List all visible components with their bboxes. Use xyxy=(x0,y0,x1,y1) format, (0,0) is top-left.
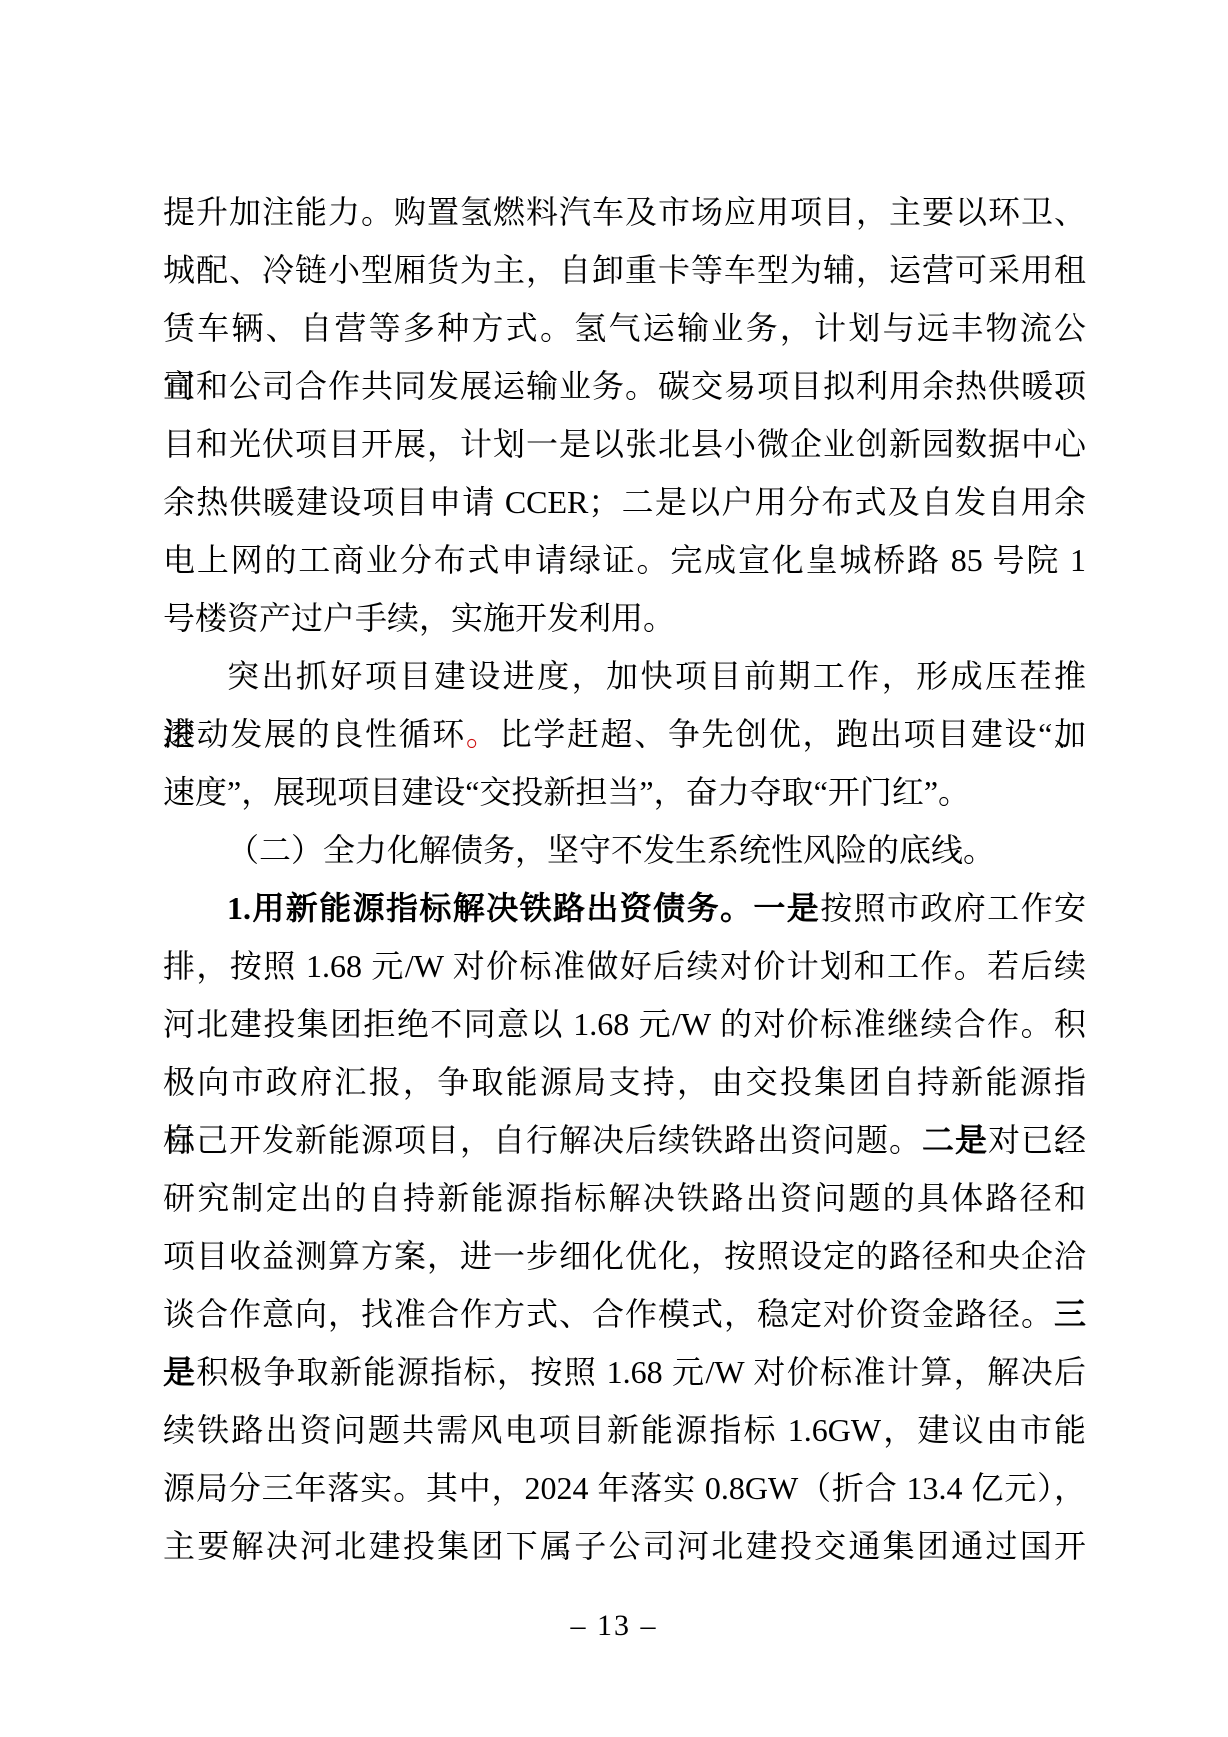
text-line: 1.用新能源指标解决铁路出资债务。一是按照市政府工作安 xyxy=(163,879,1086,937)
document-page: 提升加注能力。购置氢燃料汽车及市场应用项目，主要以环卫、城配、冷链小型厢货为主，… xyxy=(0,0,1228,1737)
text-run: 城配、冷链小型厢货为主，自卸重卡等车型为辅，运营可采用租 xyxy=(163,252,1086,288)
page-number: – 13 – xyxy=(0,1608,1228,1644)
text-line: 自己开发新能源项目，自行解决后续铁路出资问题。二是对已经 xyxy=(163,1111,1086,1169)
section-heading: （二）全力化解债务，坚守不发生系统性风险的底线。 xyxy=(163,821,1086,879)
text-run: 主要解决河北建投集团下属子公司河北建投交通集团通过国开 xyxy=(163,1528,1086,1564)
text-line: 赁车辆、自营等多种方式。氢气运输业务，计划与远丰物流公司、 xyxy=(163,299,1086,357)
text-run: 二是 xyxy=(922,1122,988,1158)
text-run: 排，按照 1.68 元/W 对价标准做好后续对价计划和工作。若后续 xyxy=(163,948,1086,984)
text-line: 续铁路出资问题共需风电项目新能源指标 1.6GW，建议由市能 xyxy=(163,1401,1086,1459)
text-line: 速度”，展现项目建设“交投新担当”，奋力夺取“开门红”。 xyxy=(163,763,1086,821)
text-run: 1.用新能源指标解决铁路出资债务。一是 xyxy=(227,890,820,926)
text-run: 提升加注能力。购置氢燃料汽车及市场应用项目，主要以环卫、 xyxy=(163,194,1086,230)
text-line: 滚动发展的良性循环。比学赶超、争先创优，跑出项目建设“加 xyxy=(163,705,1086,763)
text-run: 对已经 xyxy=(988,1122,1086,1158)
text-line: 主要解决河北建投集团下属子公司河北建投交通集团通过国开 xyxy=(163,1517,1086,1575)
text-line: 源局分三年落实。其中，2024 年落实 0.8GW（折合 13.4 亿元）， xyxy=(163,1459,1086,1517)
text-line: 谈合作意向，找准合作方式、合作模式，稳定对价资金路径。三 xyxy=(163,1285,1086,1343)
text-run: 续铁路出资问题共需风电项目新能源指标 1.6GW，建议由市能 xyxy=(163,1412,1086,1448)
text-run: 积极争取新能源指标，按照 1.68 元/W 对价标准计算，解决后 xyxy=(196,1354,1086,1390)
text-line: 突出抓好项目建设进度，加快项目前期工作，形成压茬推进、 xyxy=(163,647,1086,705)
text-run: 号楼资产过户手续，实施开发利用。 xyxy=(163,600,675,636)
text-run: 按照市政府工作安 xyxy=(820,890,1086,926)
text-run: 速度”，展现项目建设“交投新担当”，奋力夺取“开门红”。 xyxy=(163,774,970,810)
text-line: 目和光伏项目开展，计划一是以张北县小微企业创新园数据中心 xyxy=(163,415,1086,473)
text-run: （二）全力化解债务，坚守不发生系统性风险的底线。 xyxy=(227,832,995,868)
text-run: 滚动发展的良性循环 xyxy=(163,716,466,752)
text-run: 是 xyxy=(163,1354,196,1390)
text-line: 排，按照 1.68 元/W 对价标准做好后续对价计划和工作。若后续 xyxy=(163,937,1086,995)
text-run: 三 xyxy=(1054,1296,1086,1332)
text-line: 项目收益测算方案，进一步细化优化，按照设定的路径和央企洽 xyxy=(163,1227,1086,1285)
text-line: 号楼资产过户手续，实施开发利用。 xyxy=(163,589,1086,647)
document-body: 提升加注能力。购置氢燃料汽车及市场应用项目，主要以环卫、城配、冷链小型厢货为主，… xyxy=(163,183,1086,1575)
text-line: 宜和公司合作共同发展运输业务。碳交易项目拟利用余热供暖项 xyxy=(163,357,1086,415)
red-punctuation-run: 。 xyxy=(466,716,500,752)
text-line: 是积极争取新能源指标，按照 1.68 元/W 对价标准计算，解决后 xyxy=(163,1343,1086,1401)
text-run: 电上网的工商业分布式申请绿证。完成宣化皇城桥路 85 号院 1 xyxy=(163,542,1086,578)
text-run: 研究制定出的自持新能源指标解决铁路出资问题的具体路径和 xyxy=(163,1180,1086,1216)
text-run: 自己开发新能源项目，自行解决后续铁路出资问题。 xyxy=(163,1122,922,1158)
text-run: 项目收益测算方案，进一步细化优化，按照设定的路径和央企洽 xyxy=(163,1238,1086,1274)
text-run: 比学赶超、争先创优，跑出项目建设“加 xyxy=(500,716,1086,752)
text-line: 研究制定出的自持新能源指标解决铁路出资问题的具体路径和 xyxy=(163,1169,1086,1227)
text-line: 余热供暖建设项目申请 CCER；二是以户用分布式及自发自用余 xyxy=(163,473,1086,531)
text-run: 河北建投集团拒绝不同意以 1.68 元/W 的对价标准继续合作。积 xyxy=(163,1006,1086,1042)
text-line: 城配、冷链小型厢货为主，自卸重卡等车型为辅，运营可采用租 xyxy=(163,241,1086,299)
text-line: 河北建投集团拒绝不同意以 1.68 元/W 的对价标准继续合作。积 xyxy=(163,995,1086,1053)
text-line: 提升加注能力。购置氢燃料汽车及市场应用项目，主要以环卫、 xyxy=(163,183,1086,241)
text-run: 余热供暖建设项目申请 CCER；二是以户用分布式及自发自用余 xyxy=(163,484,1086,520)
text-run: 宜和公司合作共同发展运输业务。碳交易项目拟利用余热供暖项 xyxy=(163,368,1086,404)
text-run: 谈合作意向，找准合作方式、合作模式，稳定对价资金路径。 xyxy=(163,1296,1054,1332)
text-run: 目和光伏项目开展，计划一是以张北县小微企业创新园数据中心 xyxy=(163,426,1086,462)
text-line: 极向市政府汇报，争取能源局支持，由交投集团自持新能源指标、 xyxy=(163,1053,1086,1111)
text-run: 源局分三年落实。其中，2024 年落实 0.8GW（折合 13.4 亿元）， xyxy=(163,1470,1086,1506)
text-line: 电上网的工商业分布式申请绿证。完成宣化皇城桥路 85 号院 1 xyxy=(163,531,1086,589)
